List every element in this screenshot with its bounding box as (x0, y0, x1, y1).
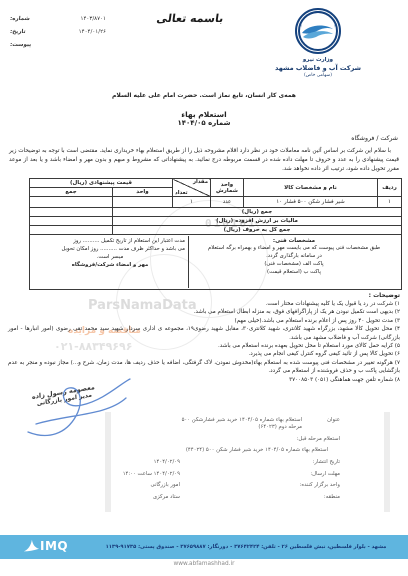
meta-row: منطقه: ستاد مرکزی (111, 494, 384, 501)
inquiry-table-wrap: ردیف نام و مشخصات کالا واحد شمارش مقدار … (30, 178, 402, 290)
water-company-emblem-icon (295, 8, 341, 54)
table-row: ۱ شیر فشار شکن ۵۰۰ فشار ۱۰ عدد ۱ (30, 197, 402, 208)
ref-date-label: تاریخ: (10, 29, 26, 35)
col-header-price-unit: واحد (113, 188, 173, 197)
tech-spec-line: پاکت الف (مشخصات فنی) (192, 261, 396, 269)
validity-line: مدت اعتبار این استعلام از تاریخ تکمیل ..… (35, 238, 185, 246)
validity-box: مدت اعتبار این استعلام از تاریخ تکمیل ..… (32, 236, 188, 288)
item-price-total (30, 197, 113, 208)
notes-section: توضیحات : ۱) شرکت در رد یا قبول یک یا کل… (8, 292, 400, 384)
meta-prev-label: استعلام مرحله قبل: (297, 436, 340, 442)
meta-deadline-label: مهلت ارسال: (180, 471, 340, 478)
imq-swoosh-icon (22, 538, 40, 554)
grand-total-label: جمع کل به حروف (ریال) (113, 226, 402, 235)
inquiry-table: ردیف نام و مشخصات کالا واحد شمارش مقدار … (29, 178, 402, 290)
meta-publish-value: ۱۴۰۴/۰۲/۰۹ (154, 459, 180, 466)
meta-row: مهلت ارسال: ۱۴۰۴/۰۲/۰۹ ساعت ۱۴:۰۰ (111, 471, 384, 478)
document-page: 010101 ParsNamaData مناقصه و مزایده ۰۲۱-… (0, 0, 408, 576)
website-url: www.abfamashhad.ir (0, 561, 408, 567)
meta-unit-label: واحد برگزار کننده: (180, 482, 340, 489)
vat-value (30, 217, 113, 226)
table-row: جمع کل به حروف (ریال) (30, 226, 402, 235)
meta-title-value: استعلام بهاء شماره ۱۴۰۴/۰۵ خرید شیر فشار… (172, 417, 302, 431)
note-item: ۳) مدت تحویل ۴۰ روز پس از اعلام برنده اس… (8, 317, 400, 325)
col-header-price-total: جمع (30, 188, 113, 197)
col-header-unit: واحد شمارش (211, 179, 244, 197)
inquiry-meta-panel: عنوان استعلام بهاء شماره ۱۴۰۴/۰۵ خرید شی… (105, 412, 390, 512)
col-header-row: ردیف (378, 179, 402, 197)
meta-row: استعلام مرحله قبل: (111, 436, 384, 443)
note-item: ۱) شرکت در رد یا قبول یک یا کلیه پیشنهاد… (8, 300, 400, 308)
col-header-qty: مقدار تعداد (173, 179, 211, 197)
col-header-item: نام و مشخصات کالا (244, 179, 378, 197)
meta-region-value: ستاد مرکزی (153, 494, 180, 501)
note-item: ۲) بدیهی است تکمیل نبودن هر یک از پاراگر… (8, 308, 400, 316)
tech-spec-line: در سامانه بارگذاری گردد. (192, 253, 396, 261)
company-type: (سهامی خاص) (270, 73, 366, 78)
wave-icon (298, 11, 338, 51)
tech-spec-line: پاکت ب (استعلام قیمت) (192, 269, 396, 277)
item-price-unit (113, 197, 173, 208)
vat-label: مالیات بر ارزش افزوده (ریال) (113, 217, 402, 226)
intro-paragraph: با سلام این شرکت بر اساس آئین نامه معامل… (9, 147, 399, 173)
meta-region-label: منطقه: (180, 494, 340, 501)
tech-spec-title: مشخصات فنی: (192, 238, 396, 244)
item-unit: عدد (211, 197, 244, 208)
footer-address: مشهد - بلوار فلسطین، نبش فلسطین ۲۶ - تلف… (95, 535, 397, 559)
col-header-price-group: قیمت پیشنهادی (ریال) (30, 179, 173, 188)
item-qty: ۱ (173, 197, 211, 208)
sum-label: جمع (ریال) (113, 208, 402, 217)
meta-deadline-value: ۱۴۰۴/۰۲/۰۹ ساعت ۱۴:۰۰ (123, 471, 180, 478)
notes-title: توضیحات : (8, 292, 400, 299)
meta-row: واحد برگزار کننده: امور بازرگانی (111, 482, 384, 489)
meta-row: تاریخ انتشار: ۱۴۰۴/۰۲/۰۹ (111, 459, 384, 466)
note-item: ۵) کرایه حمل کالای مورد استعلام تا محل ت… (8, 342, 400, 350)
title-line2: شماره ۱۴۰۴/۰۵ (0, 119, 408, 127)
note-item: ۷) هرگونه تغییر در مشخصات فنی پیوست شده … (8, 359, 400, 376)
company-name: شرکت آب و فاضلاب مشهد (270, 64, 366, 72)
footer-bar: IMQ مشهد - بلوار فلسطین، نبش فلسطین ۲۶ -… (0, 535, 408, 559)
grand-total-value (30, 226, 113, 235)
item-index: ۱ (378, 197, 402, 208)
qty-bottom-label: تعداد (175, 190, 188, 196)
ref-attachment-label: پیوست: (10, 42, 32, 48)
addressee-line: شرکت / فروشگاه (351, 135, 398, 142)
hadith-line: همه‌ی کار انسان، تابع نماز است. حضرت اما… (0, 92, 408, 99)
ref-number-value: ۱۴۰۳/۸۷۰۱ (81, 16, 107, 22)
qty-top-label: مقدار (193, 179, 208, 185)
meta-row: عنوان استعلام بهاء شماره ۱۴۰۴/۰۵ خرید شی… (111, 417, 384, 431)
bismillah-calligraphy: باسمه تعالی (139, 12, 241, 25)
item-name: شیر فشار شکن ۵۰۰ فشار ۱۰ (244, 197, 378, 208)
imq-logo: IMQ (22, 538, 68, 554)
document-title: استعلام بهاء شماره ۱۴۰۴/۰۵ (0, 110, 408, 127)
tech-spec-box: مشخصات فنی: طبق مشخصات فنی پیوست که می ب… (188, 236, 399, 288)
bottom-boxes-cell: مشخصات فنی: طبق مشخصات فنی پیوست که می ب… (30, 235, 402, 290)
meta-unit-value: امور بازرگانی (150, 482, 180, 489)
validity-line: می باشد و حداکثر ظرف مدت .......... روز … (35, 246, 185, 254)
validity-line: میسر است. (35, 254, 185, 262)
reference-block: شماره: ۱۴۰۳/۸۷۰۱ تاریخ: ۱۴۰۴/۰۱/۲۶ پیوست… (10, 16, 106, 55)
imq-logo-label: IMQ (40, 539, 68, 553)
ref-number-label: شماره: (10, 16, 30, 22)
note-item: ۶) تحویل کالا پس از تائید کیفی گروه کنتر… (8, 350, 400, 358)
ref-date-value: ۱۴۰۴/۰۱/۲۶ (79, 29, 106, 35)
meta-row: استعلام بهاء شماره ۱۴۰۴/۰۵ خرید شیر فشار… (111, 447, 384, 454)
tech-spec-line: طبق مشخصات فنی پیوست که می بایست مهر و ا… (192, 245, 396, 253)
title-line1: استعلام بهاء (0, 110, 408, 119)
meta-prev-value: استعلام بهاء شماره ۱۴۰۴/۰۵ خرید شیر فشار… (186, 447, 328, 453)
table-row: مالیات بر ارزش افزوده (ریال) (30, 217, 402, 226)
company-logo-block: وزارت نیرو شرکت آب و فاضلاب مشهد (سهامی … (270, 8, 366, 78)
sum-value (30, 208, 113, 217)
table-row: جمع (ریال) (30, 208, 402, 217)
ministry-name: وزارت نیرو (270, 57, 366, 63)
meta-publish-label: تاریخ انتشار: (180, 459, 340, 466)
note-item: ۴) محل تحویل کالا مشهد، بزرگراه شهید کلا… (8, 325, 400, 342)
meta-title-label: عنوان (302, 417, 340, 431)
stamp-signature-line: مهر و امضاء شرکت/فروشگاه (35, 262, 185, 270)
